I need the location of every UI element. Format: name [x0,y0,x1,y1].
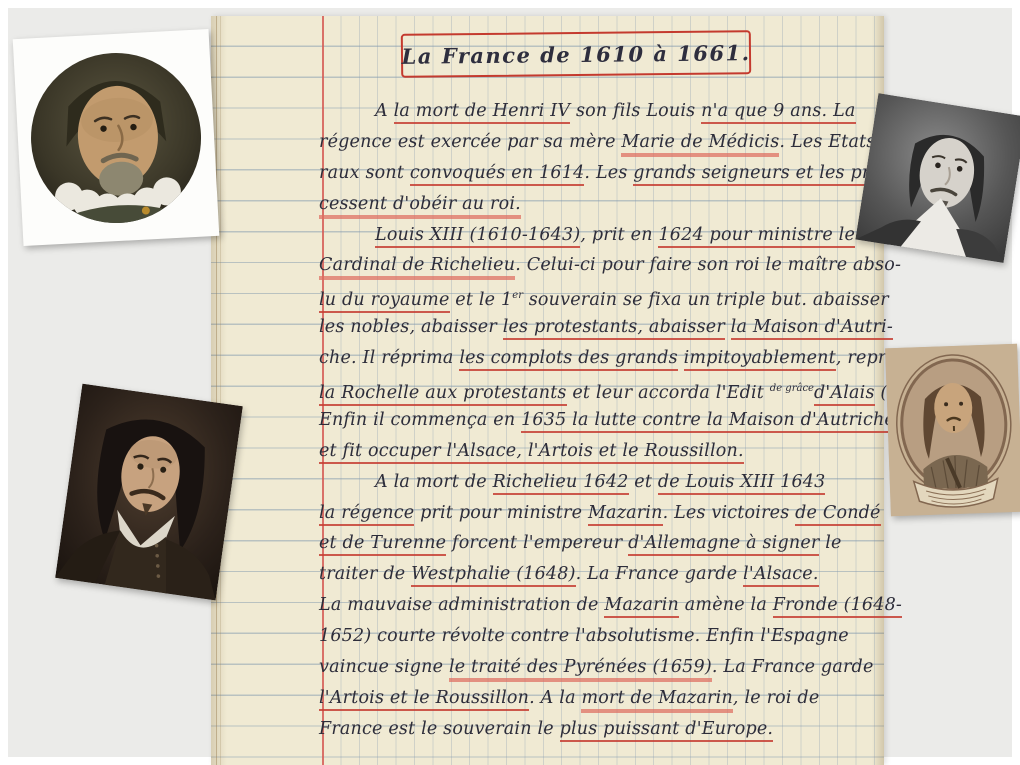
underlined-text-segment: et fit occuper l'Alsace, l'Artois et le … [319,441,744,464]
handwriting-line-20: l'Artois et le Roussillon. A la mort de … [319,683,884,714]
handwriting-line-2: régence est exercée par sa mère Marie de… [319,127,884,158]
text-segment: et le 1 [450,290,513,311]
text-segment: . Celui-ci pour faire son roi le maître … [515,255,901,276]
mazarin-image [55,384,243,601]
text-segment: , prit en [580,225,658,246]
handwriting-line-3: raux sont convoqués en 1614. Les grands … [319,158,884,189]
underlined-text-segment: Louis XIII (1610-1643) [375,225,580,248]
handwriting-line-10: la Rochelle aux protestants et leur acco… [319,374,884,405]
text-segment: A la mort de [375,472,493,493]
text-segment: amène la [679,595,773,616]
underlined-text-segment: n'a que 9 ans. La [701,101,855,124]
text-segment: che. Il réprima [319,348,459,369]
underlined-text-segment: lu du royaume [319,290,450,313]
text-segment: 1652) courte révolte contre l'absolutism… [319,626,849,647]
text-segment: . La France garde [576,564,743,585]
underlined-text-segment: les complots des grands [459,348,678,371]
underlined-text-segment: Richelieu 1642 [493,472,629,495]
text-segment: . La France garde [712,657,874,678]
text-segment: son fils Louis [570,101,701,122]
text-segment: . A la [529,688,581,709]
text-segment: , le roi de [733,688,819,709]
text-segment: les nobles, abaisser [319,317,503,338]
handwriting-line-15: et de Turenne forcent l'empereur d'Allem… [319,528,884,559]
portrait-richelieu [855,93,1020,263]
page-title: La France de 1610 à 1661. [401,40,750,69]
henri-iv-image [13,29,220,246]
text-segment: prit pour ministre [414,503,588,524]
underlined-text-segment: et de Turenne [319,533,446,556]
portrait-louis-xiii [885,344,1020,517]
handwriting-line-7: lu du royaume et le 1er souverain se fix… [319,281,884,312]
handwriting-line-18: 1652) courte révolte contre l'absolutism… [319,621,884,652]
underlined-text-segment: convoqués en 1614 [410,163,585,186]
handwriting-line-13: A la mort de Richelieu 1642 et de Louis … [319,467,884,498]
text-segment: souverain se fixa un triple but. abaisse… [523,290,889,311]
text-segment: raux sont [319,163,410,184]
handwriting-line-19: vaincue signe le traité des Pyrénées (16… [319,652,884,683]
text-segment: et [629,472,658,493]
handwriting-line-9: che. Il réprima les complots des grands … [319,343,884,374]
underlined-text-segment: les protestants, abaisser [503,317,725,340]
underlined-text-segment: d'Allemagne à signer [628,533,819,556]
underlined-text-segment: cessent d'obéir au roi. [319,194,521,219]
underlined-text-segment: la régence [319,503,414,526]
underlined-text-segment: de Louis XIII 1643 [658,472,826,495]
handwriting-line-14: la régence prit pour ministre Mazarin. L… [319,498,884,529]
underlined-text-segment: la Maison d'Autri- [731,317,893,340]
underlined-text-segment: Marie de Médicis [621,132,779,157]
underlined-text-segment: le traité des Pyrénées (1659) [449,657,712,682]
handwriting-line-6: Cardinal de Richelieu. Celui-ci pour fai… [319,250,884,281]
underlined-text-segment: d'Alais [814,383,875,406]
page-stack-edge [220,16,221,765]
page-stack-edge [216,16,217,765]
title-box: La France de 1610 à 1661. [401,30,751,78]
portrait-henri-iv [13,29,220,246]
text-segment: forcent l'empereur [446,533,628,554]
louis-xiii-image [885,344,1020,517]
underlined-text-segment: de grâce [770,383,814,395]
underlined-text-segment: l'Artois et le Roussillon [319,688,529,711]
handwriting-line-4: cessent d'obéir au roi. [319,189,884,220]
text-segment: France est le souverain le [319,719,560,740]
handwriting-line-1: A la mort de Henri IV son fils Louis n'a… [319,96,884,127]
text-segment: Enfin il commença en [319,410,521,431]
underlined-text-segment: Cardinal de Richelieu [319,255,515,280]
text-segment: le [819,533,841,554]
handwriting-line-8: les nobles, abaisser les protestants, ab… [319,312,884,343]
text-segment: et leur accorda l'Edit [567,383,770,404]
handwriting-text: A la mort de Henri IV son fils Louis n'a… [319,96,884,745]
text-segment [725,317,731,338]
underlined-text-segment: impitoyablement [684,348,836,371]
richelieu-image [855,93,1020,263]
underlined-text-segment: la Rochelle aux protestants [319,383,567,406]
text-segment: régence est exercée par sa mère [319,132,621,153]
underlined-text-segment: 1624 pour ministre le [658,225,855,248]
portrait-mazarin [55,384,243,601]
underlined-text-segment: er [512,290,523,302]
handwriting-line-16: traiter de Westphalie (1648). La France … [319,559,884,590]
underlined-text-segment: Mazarin [604,595,679,618]
handwriting-line-11: Enfin il commença en 1635 la lutte contr… [319,405,884,436]
scan-background: La France de 1610 à 1661. A la mort de H… [8,8,1012,757]
text-segment: vaincue signe [319,657,449,678]
text-segment: traiter de [319,564,411,585]
text-segment: . Les [584,163,633,184]
underlined-text-segment: Mazarin [588,503,663,526]
underlined-text-segment: l'Alsace. [743,564,819,587]
underlined-text-segment: Westphalie (1648) [411,564,576,587]
handwriting-line-12: et fit occuper l'Alsace, l'Artois et le … [319,436,884,467]
text-segment [678,348,684,369]
handwriting-line-17: La mauvaise administration de Mazarin am… [319,590,884,621]
underlined-text-segment: plus puissant d'Europe. [560,719,774,742]
text-segment: A [375,101,394,122]
underlined-text-segment: mort de Mazarin [581,688,732,713]
text-segment: . Les victoires [663,503,796,524]
underlined-text-segment: de Condé [795,503,880,526]
underlined-text-segment: 1635 la lutte contre la Maison d'Autrich… [521,410,895,433]
underlined-text-segment: Fronde (1648- [773,595,902,618]
text-segment: La mauvaise administration de [319,595,604,616]
handwriting-line-5: Louis XIII (1610-1643), prit en 1624 pou… [319,220,884,251]
handwriting-line-21: France est le souverain le plus puissant… [319,714,884,745]
notebook-page: La France de 1610 à 1661. A la mort de H… [211,16,884,765]
underlined-text-segment: la mort de Henri IV [394,101,571,124]
